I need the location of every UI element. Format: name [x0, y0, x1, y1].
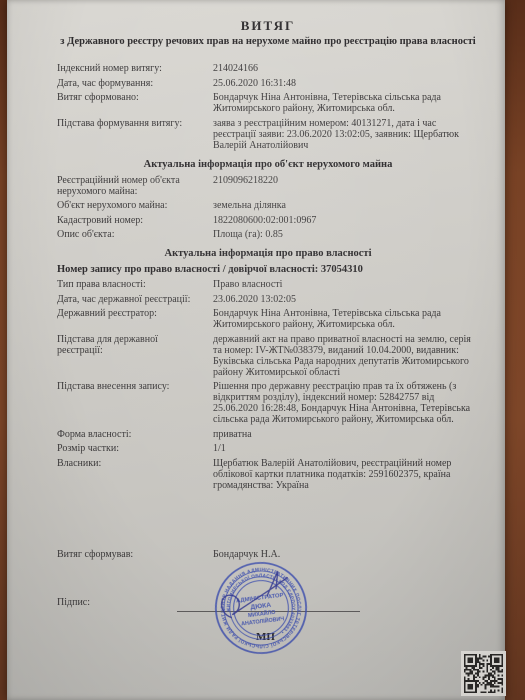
document-subtitle: з Державного реєстру речових прав на нер… — [57, 36, 479, 47]
field-row: Розмір частки: 1/1 — [57, 443, 479, 454]
field-row: Об'єкт нерухомого майна: земельна ділянк… — [57, 200, 479, 211]
ownership-fields: Тип права власності: Право власності Дат… — [57, 279, 479, 491]
formed-by-label: Витяг сформував: — [57, 549, 133, 560]
field-value: Бондарчук Ніна Антонівна, Тетерівська сі… — [213, 92, 479, 114]
object-fields: Реєстраційний номер об'єкта нерухомого м… — [57, 175, 479, 241]
section-heading-object: Актуальна інформація про об'єкт нерухомо… — [57, 159, 479, 170]
field-value: заява з реєстраційним номером: 40131271,… — [213, 118, 479, 151]
field-row: Державний реєстратор: Бондарчук Ніна Ант… — [57, 308, 479, 330]
record-number-line: Номер запису про право власності / довір… — [57, 264, 479, 275]
field-label: Підстава внесення запису: — [57, 381, 213, 425]
field-value: 1822080600:02:001:0967 — [213, 215, 479, 226]
intro-fields: Індексний номер витягу: 214024166 Дата, … — [57, 63, 479, 151]
field-row: Форма власності: приватна — [57, 429, 479, 440]
field-label: Підстава формування витягу: — [57, 118, 213, 151]
field-label: Опис об'єкта: — [57, 229, 213, 240]
photo-background: ВИТЯГ з Державного реєстру речових прав … — [0, 0, 525, 700]
field-label: Кадастровий номер: — [57, 215, 213, 226]
field-row: Індексний номер витягу: 214024166 — [57, 63, 479, 74]
field-value: 1/1 — [213, 443, 479, 454]
field-label: Дата, час державної реєстрації: — [57, 294, 213, 305]
field-row: Тип права власності: Право власності — [57, 279, 479, 290]
field-row: Підстава формування витягу: заява з реєс… — [57, 118, 479, 151]
field-row: Підстава внесення запису: Рішення про де… — [57, 381, 479, 425]
field-value: 25.06.2020 16:31:48 — [213, 78, 479, 89]
qr-code — [461, 651, 506, 696]
round-stamp-icon: ЦЕНТР НАДАННЯ АДМІНІСТРАТИВНИХ ПОСЛУГ ТЕ… — [208, 555, 315, 662]
field-row: Власники: Щербатюк Валерій Анатолійович,… — [57, 458, 479, 491]
field-value: 214024166 — [213, 63, 479, 74]
field-value: державний акт на право приватної власнос… — [213, 334, 479, 378]
field-label: Дата, час формування: — [57, 78, 213, 89]
field-row: Опис об'єкта: Площа (га): 0.85 — [57, 229, 479, 240]
field-label: Власники: — [57, 458, 213, 491]
signature-label: Підпис: — [57, 597, 90, 608]
field-row: Підстава для державної реєстрації: держа… — [57, 334, 479, 378]
document-title: ВИТЯГ — [57, 20, 479, 31]
field-row: Дата, час державної реєстрації: 23.06.20… — [57, 294, 479, 305]
field-value: Бондарчук Ніна Антонівна, Тетерівська сі… — [213, 308, 479, 330]
field-label: Реєстраційний номер об'єкта нерухомого м… — [57, 175, 213, 197]
field-label: Тип права власності: — [57, 279, 213, 290]
document-content: ВИТЯГ з Державного реєстру речових прав … — [7, 0, 505, 494]
field-value: Рішення про державну реєстрацію прав та … — [213, 381, 479, 425]
field-label: Витяг сформовано: — [57, 92, 213, 114]
svg-text:ДЮКА: ДЮКА — [250, 602, 272, 611]
field-value: приватна — [213, 429, 479, 440]
field-row: Дата, час формування: 25.06.2020 16:31:4… — [57, 78, 479, 89]
field-label: Індексний номер витягу: — [57, 63, 213, 74]
field-label: Розмір частки: — [57, 443, 213, 454]
section-heading-ownership: Актуальна інформація про право власності — [57, 248, 479, 259]
document-page: ВИТЯГ з Державного реєстру речових прав … — [7, 0, 505, 700]
field-value: Право власності — [213, 279, 479, 290]
field-row: Витяг сформовано: Бондарчук Ніна Антонів… — [57, 92, 479, 114]
field-value: земельна ділянка — [213, 200, 479, 211]
field-value: Площа (га): 0.85 — [213, 229, 479, 240]
field-row: Кадастровий номер: 1822080600:02:001:096… — [57, 215, 479, 226]
field-label: Форма власності: — [57, 429, 213, 440]
stamp-center-text: АДМІНІСТРАТОР ДЮКА МИХАЙЛО АНАТОЛІЙОВИЧ — [236, 593, 287, 628]
field-label: Об'єкт нерухомого майна: — [57, 200, 213, 211]
field-value: 2109096218220 — [213, 175, 479, 197]
field-label: Державний реєстратор: — [57, 308, 213, 330]
field-value: 23.06.2020 13:02:05 — [213, 294, 479, 305]
field-value: Щербатюк Валерій Анатолійович, реєстраці… — [213, 458, 479, 491]
field-label: Підстава для державної реєстрації: — [57, 334, 213, 378]
field-row: Реєстраційний номер об'єкта нерухомого м… — [57, 175, 479, 197]
